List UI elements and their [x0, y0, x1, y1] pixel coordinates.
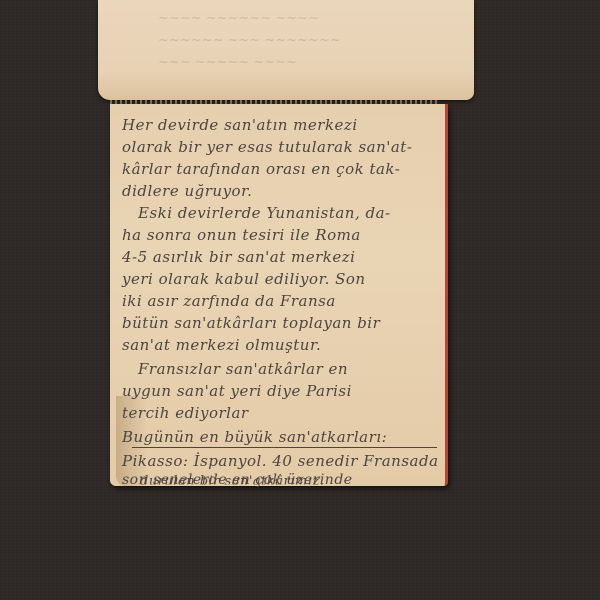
text-line: kârlar tarafından orası en çok tak- — [122, 160, 400, 178]
heading-underline — [132, 447, 437, 448]
section-heading: Bugünün en büyük san'atkarları: — [122, 428, 387, 446]
text-line: san'at merkezi olmuştur. — [122, 336, 321, 354]
flipped-top-page: ~~~~ ~~~~~~ ~~~~~~~~~~ ~~~ ~~~~~~~~~~ ~~… — [98, 0, 474, 100]
bleed-through-text: ~~~~ ~~~~~~ ~~~~~~~~~~ ~~~ ~~~~~~~~~~ ~~… — [158, 8, 418, 74]
text-line: ha sonra onun tesiri ile Roma — [122, 226, 361, 244]
text-line: bütün san'atkârları toplayan bir — [122, 314, 380, 332]
text-line: Pikasso: İspanyol. 40 senedir Fransada — [122, 452, 439, 470]
text-line: yeri olarak kabul ediliyor. Son — [122, 270, 366, 288]
text-line: uygun san'at yeri diye Parisi — [122, 382, 352, 400]
text-line: olarak bir yer esas tutularak san'at- — [122, 138, 412, 156]
text-line: didlere uğruyor. — [122, 182, 252, 200]
text-line: Eski devirlerde Yunanistan, da- — [138, 204, 391, 222]
text-line: tercih ediyorlar — [122, 404, 249, 422]
text-line: 4-5 asırlık bir san'at merkezi — [122, 248, 355, 266]
notebook-page: Her devirde san'atın merkezi olarak bir … — [110, 104, 448, 486]
text-line: Her devirde san'atın merkezi — [122, 116, 358, 134]
text-line: iki asır zarfında da Fransa — [122, 292, 336, 310]
text-line: Fransızlar san'atkârlar en — [138, 360, 348, 378]
